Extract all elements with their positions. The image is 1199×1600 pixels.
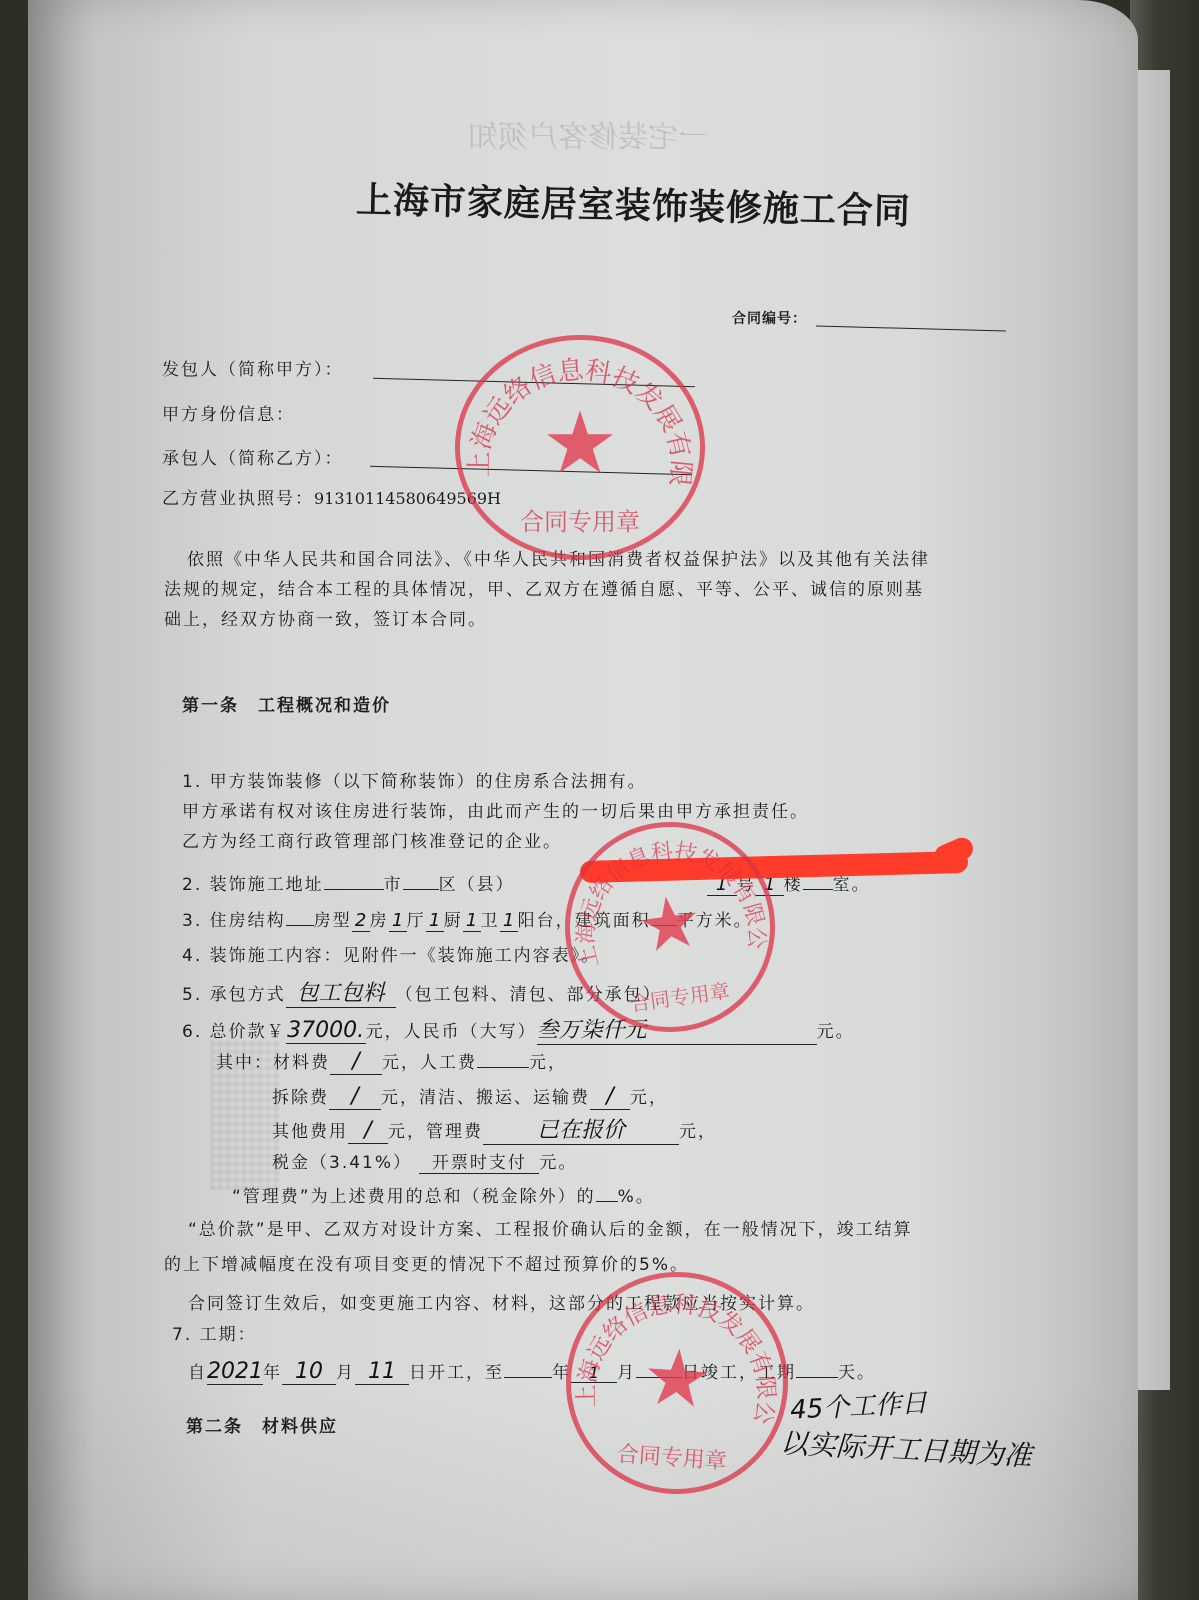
- start-month-value[interactable]: 10: [282, 1359, 336, 1385]
- article-2-heading: 第二条 材料供应: [186, 1412, 338, 1437]
- mgmt-percent-field[interactable]: [596, 1201, 618, 1202]
- tax-value[interactable]: 开票时支付: [419, 1148, 539, 1174]
- item-1-line-1: 1. 甲方装饰装修（以下简称装饰）的住房系合法拥有。: [182, 767, 647, 792]
- year-label: 年: [263, 1363, 282, 1383]
- tax-end: 元。: [539, 1153, 577, 1173]
- start-label: 日开工，至: [409, 1363, 504, 1383]
- party-b-label: 承包人（简称乙方）：: [162, 444, 344, 469]
- party-b-license-row: 乙方营业执照号：91310114580649569H: [162, 484, 501, 509]
- ghost-heading: 一宅装修客户须知: [468, 112, 708, 156]
- company-seal-2: 上海远络信息科技发展有限公司 合同专用章 ★: [551, 808, 788, 1045]
- type-label: 房型: [314, 911, 352, 931]
- breakdown-line-3: 其他费用/元，管理费已在报价元，: [272, 1113, 717, 1145]
- total-amount-value[interactable]: 37000.: [286, 1018, 366, 1044]
- from-label: 自: [188, 1363, 207, 1383]
- seal-star-icon: ★: [541, 400, 618, 486]
- material-value[interactable]: /: [330, 1049, 382, 1075]
- kitchens-label: 厨: [444, 911, 463, 931]
- item-7-heading: 7. 工期：: [172, 1320, 257, 1345]
- item-6-total-price: 6. 总价款￥37000.元，人民币（大写）叁万柒仟元元。: [182, 1013, 855, 1045]
- mgmt-fee-label: 元，管理费: [388, 1122, 483, 1142]
- baths-label: 卫: [481, 911, 500, 931]
- seal-star-icon: ★: [640, 1338, 715, 1421]
- preamble-line-2: 法规的规定，结合本工程的具体情况，甲、乙双方在遵循自愿、平等、公平、诚信的原则基: [164, 575, 924, 600]
- other-fee-value[interactable]: /: [348, 1118, 388, 1144]
- breakdown-line-1: 其中：材料费/元，人工费元，: [216, 1048, 567, 1075]
- party-a-label: 发包人（简称甲方）：: [162, 355, 344, 380]
- material-label: 其中：材料费: [216, 1053, 330, 1073]
- mgmt-fee-value[interactable]: 已在报价: [483, 1113, 679, 1145]
- breakdown-line-2: 拆除费/元，清洁、搬运、运输费/元，: [272, 1083, 668, 1110]
- item-5-prefix: 5. 承包方式: [182, 985, 286, 1005]
- seal-star-icon: ★: [633, 883, 707, 963]
- labor-value[interactable]: [477, 1067, 529, 1068]
- item-3-prefix: 3. 住房结构: [182, 911, 286, 931]
- preamble-line-3: 础上，经双方协商一致，签订本合同。: [164, 605, 487, 630]
- contract-type-value[interactable]: 包工包料: [286, 976, 396, 1008]
- item-4-content: 4. 装饰施工内容：见附件一《装饰施工内容表》。: [182, 941, 600, 966]
- item-1-line-3: 乙方为经工商行政管理部门核准登记的企业。: [182, 827, 562, 852]
- item-6-prefix: 6. 总价款￥: [182, 1022, 286, 1042]
- district-label: 区（县）: [439, 875, 515, 895]
- mgmt-fee-end: 元，: [679, 1122, 717, 1142]
- cleaning-label: 元，清洁、搬运、运输费: [381, 1088, 590, 1108]
- yuan-label: 元，人民币（大写）: [366, 1022, 537, 1042]
- cleaning-value[interactable]: /: [590, 1084, 630, 1110]
- balconies-value[interactable]: 1: [500, 910, 518, 932]
- month-label: 月: [336, 1363, 355, 1383]
- handwritten-note-1: 45个工作日: [789, 1382, 928, 1426]
- room-label: 室。: [833, 875, 871, 895]
- percent-sign: %。: [618, 1187, 655, 1207]
- svg-text:合同专用章: 合同专用章: [520, 508, 640, 536]
- rooms-value[interactable]: 2: [352, 910, 370, 932]
- halls-label: 厅: [407, 911, 426, 931]
- mgmt-fee-note: “管理费”为上述费用的总和（税金除外）的%。: [232, 1182, 655, 1207]
- start-year-value[interactable]: 2021: [207, 1359, 263, 1385]
- address-district-field[interactable]: [403, 889, 439, 890]
- party-b-license-label: 乙方营业执照号：: [162, 489, 314, 509]
- item-1-line-2: 甲方承诺有权对该住房进行装饰，由此而产生的一切后果由甲方承担责任。: [182, 797, 809, 822]
- total-price-note-1: “总价款”是甲、乙双方对设计方案、工程报价确认后的金额，在一般情况下，竣工结算: [188, 1215, 913, 1240]
- days-label: 天。: [838, 1363, 876, 1383]
- address-city-field[interactable]: [324, 889, 384, 890]
- party-a-id-label: 甲方身份信息：: [162, 400, 295, 425]
- structure-blank[interactable]: [286, 925, 314, 926]
- svg-text:合同专用章: 合同专用章: [629, 978, 731, 1016]
- labor-end: 元，: [529, 1053, 567, 1073]
- yuan-end: 元。: [817, 1022, 855, 1042]
- contract-number-label: 合同编号：: [732, 308, 807, 328]
- address-room-field[interactable]: [803, 889, 833, 890]
- demolition-value[interactable]: /: [329, 1084, 381, 1110]
- mgmt-note-text: “管理费”为上述费用的总和（税金除外）的: [232, 1187, 596, 1207]
- kitchens-value[interactable]: 1: [426, 910, 444, 932]
- tax-line: 税金（3.41%） 开票时支付元。: [272, 1148, 577, 1174]
- company-seal-3: 上海远络信息科技发展有限公司 合同专用章 ★: [559, 1265, 796, 1502]
- baths-value[interactable]: 1: [463, 910, 481, 932]
- item-2-prefix: 2. 装饰施工地址: [182, 875, 324, 895]
- labor-label: 元，人工费: [382, 1053, 477, 1073]
- city-label: 市: [384, 875, 403, 895]
- building-label: 楼: [784, 875, 803, 895]
- halls-value[interactable]: 1: [389, 910, 407, 932]
- article-1-heading: 第一条 工程概况和造价: [182, 691, 391, 716]
- svg-text:合同专用章: 合同专用章: [616, 1442, 727, 1475]
- rooms-label: 房: [370, 911, 389, 931]
- cleaning-end: 元，: [630, 1088, 668, 1108]
- other-fee-label: 其他费用: [272, 1122, 348, 1142]
- company-seal-1: 上海远络信息科技发展有限公司 合同专用章 ★: [455, 335, 705, 560]
- duration-value[interactable]: [796, 1377, 838, 1378]
- demolition-label: 拆除费: [272, 1088, 329, 1108]
- end-year-value[interactable]: [504, 1377, 552, 1378]
- start-day-value[interactable]: 11: [355, 1359, 409, 1385]
- tax-label: 税金（3.41%）: [272, 1153, 412, 1173]
